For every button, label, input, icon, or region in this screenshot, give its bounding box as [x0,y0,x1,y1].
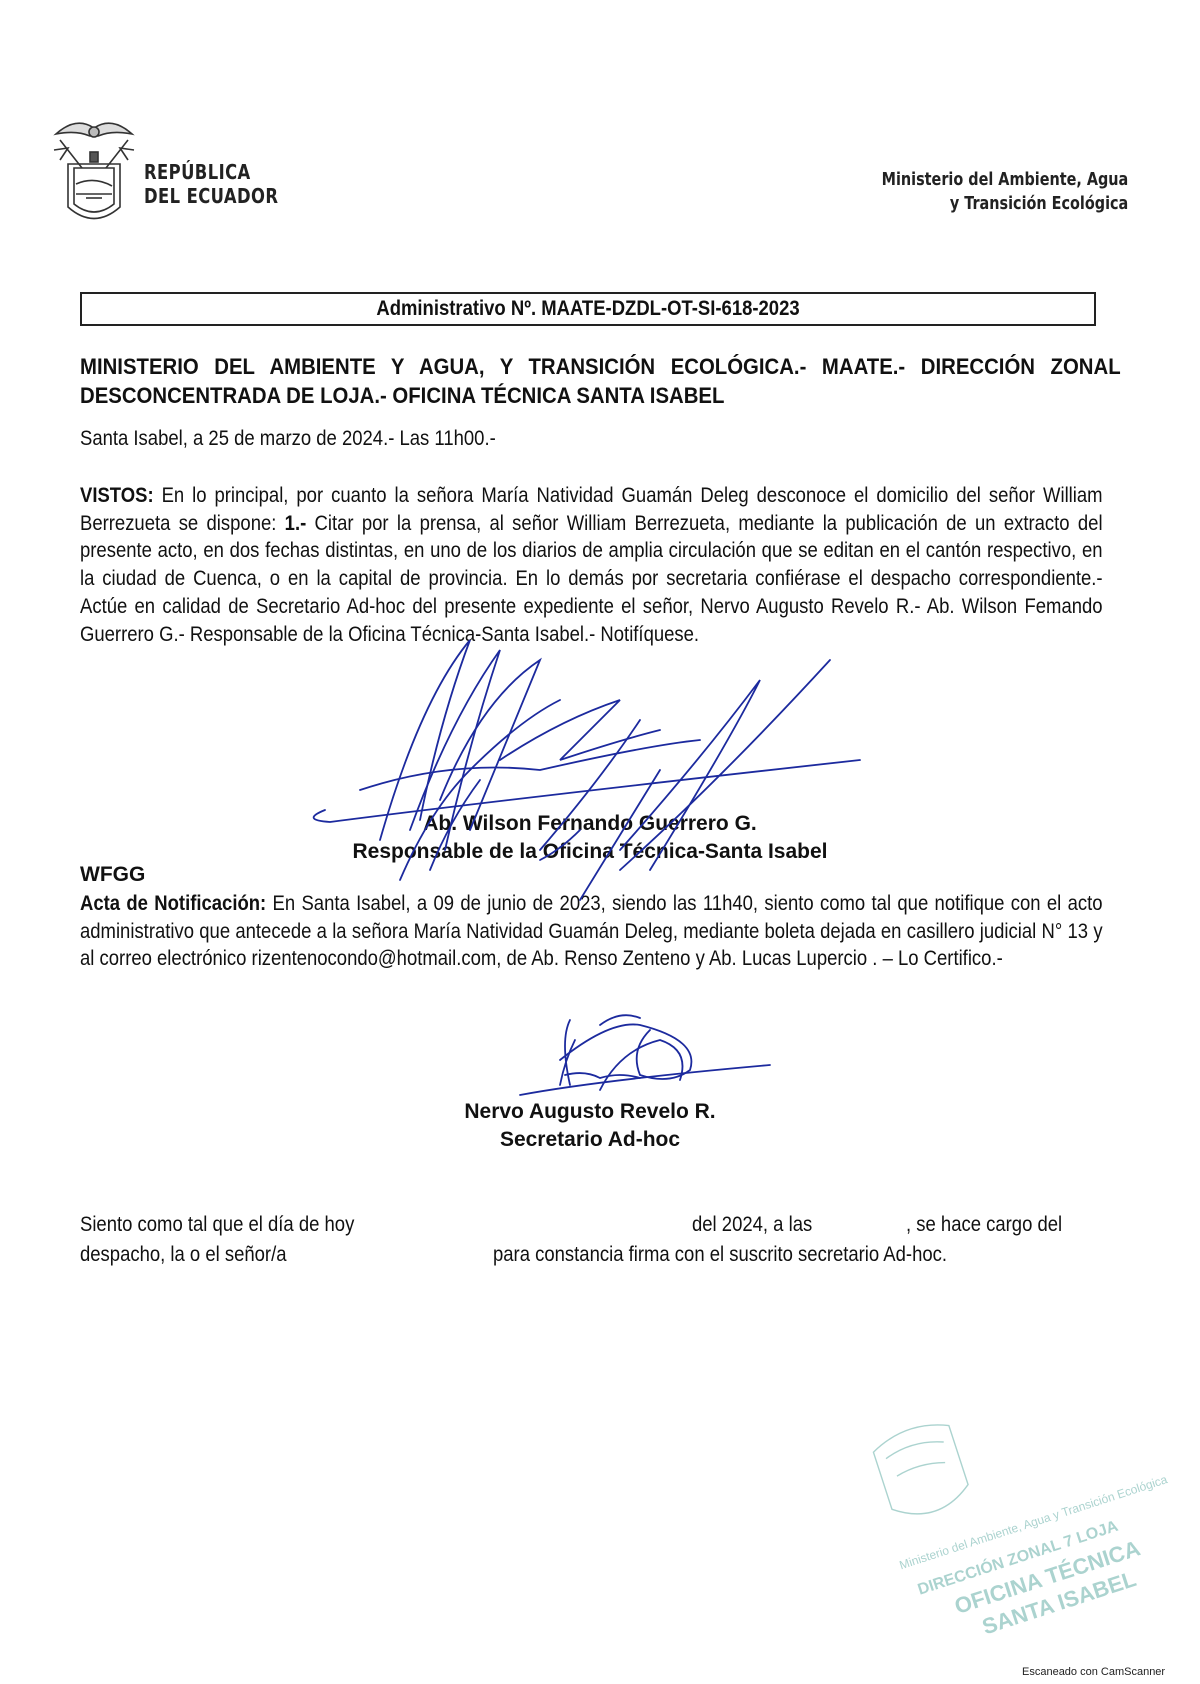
signatory-1-name: Ab. Wilson Fernando Guerrero G. [330,810,850,838]
ministry-line-2: y Transición Ecológica [881,192,1128,216]
republic-name: REPÚBLICA DEL ECUADOR [144,160,278,208]
official-stamp-icon: Ministerio del Ambiente, Agua y Transici… [860,1380,1180,1650]
document-heading: MINISTERIO DEL AMBIENTE Y AGUA, Y TRANSI… [80,352,1121,410]
ministry-line-1: Ministerio del Ambiente, Agua [881,168,1128,192]
signature-block-2: Nervo Augusto Revelo R. Secretario Ad-ho… [430,1098,750,1154]
final-note-l2-a: despacho, la o el señor/a [80,1240,287,1270]
country-line-2: DEL ECUADOR [144,184,278,208]
acta-label: Acta de Notificación: [80,892,266,915]
scanner-watermark: Escaneado con CamScanner [1022,1666,1165,1678]
final-note-l2-b: para constancia firma con el suscrito se… [493,1240,947,1270]
case-number: Administrativo Nº. MAATE-DZDL-OT-SI-618-… [143,297,1034,321]
initials: WFGG [80,863,145,887]
signatory-2-title: Secretario Ad-hoc [430,1126,750,1154]
country-line-1: REPÚBLICA [144,160,278,184]
acta-paragraph: Acta de Notificación: En Santa Isabel, a… [80,890,1103,973]
case-number-box: Administrativo Nº. MAATE-DZDL-OT-SI-618-… [80,292,1096,326]
ministry-name: Ministerio del Ambiente, Agua y Transici… [881,168,1128,216]
date-line: Santa Isabel, a 25 de marzo de 2024.- La… [80,427,496,451]
vistos-paragraph: VISTOS: En lo principal, por cuanto la s… [80,482,1103,648]
ecuador-coat-of-arms-icon [46,112,142,230]
final-note-l1-b: del 2024, a las [692,1210,812,1240]
signature-block-1: Ab. Wilson Fernando Guerrero G. Responsa… [330,810,850,866]
vistos-item-label: 1.- [285,512,307,535]
vistos-label: VISTOS: [80,484,154,507]
final-note-l1-c: , se hace cargo del [906,1210,1062,1240]
final-note-l1-a: Siento como tal que el día de hoy [80,1210,354,1240]
signatory-2-name: Nervo Augusto Revelo R. [430,1098,750,1126]
signatory-1-title: Responsable de la Oficina Técnica-Santa … [330,838,850,866]
